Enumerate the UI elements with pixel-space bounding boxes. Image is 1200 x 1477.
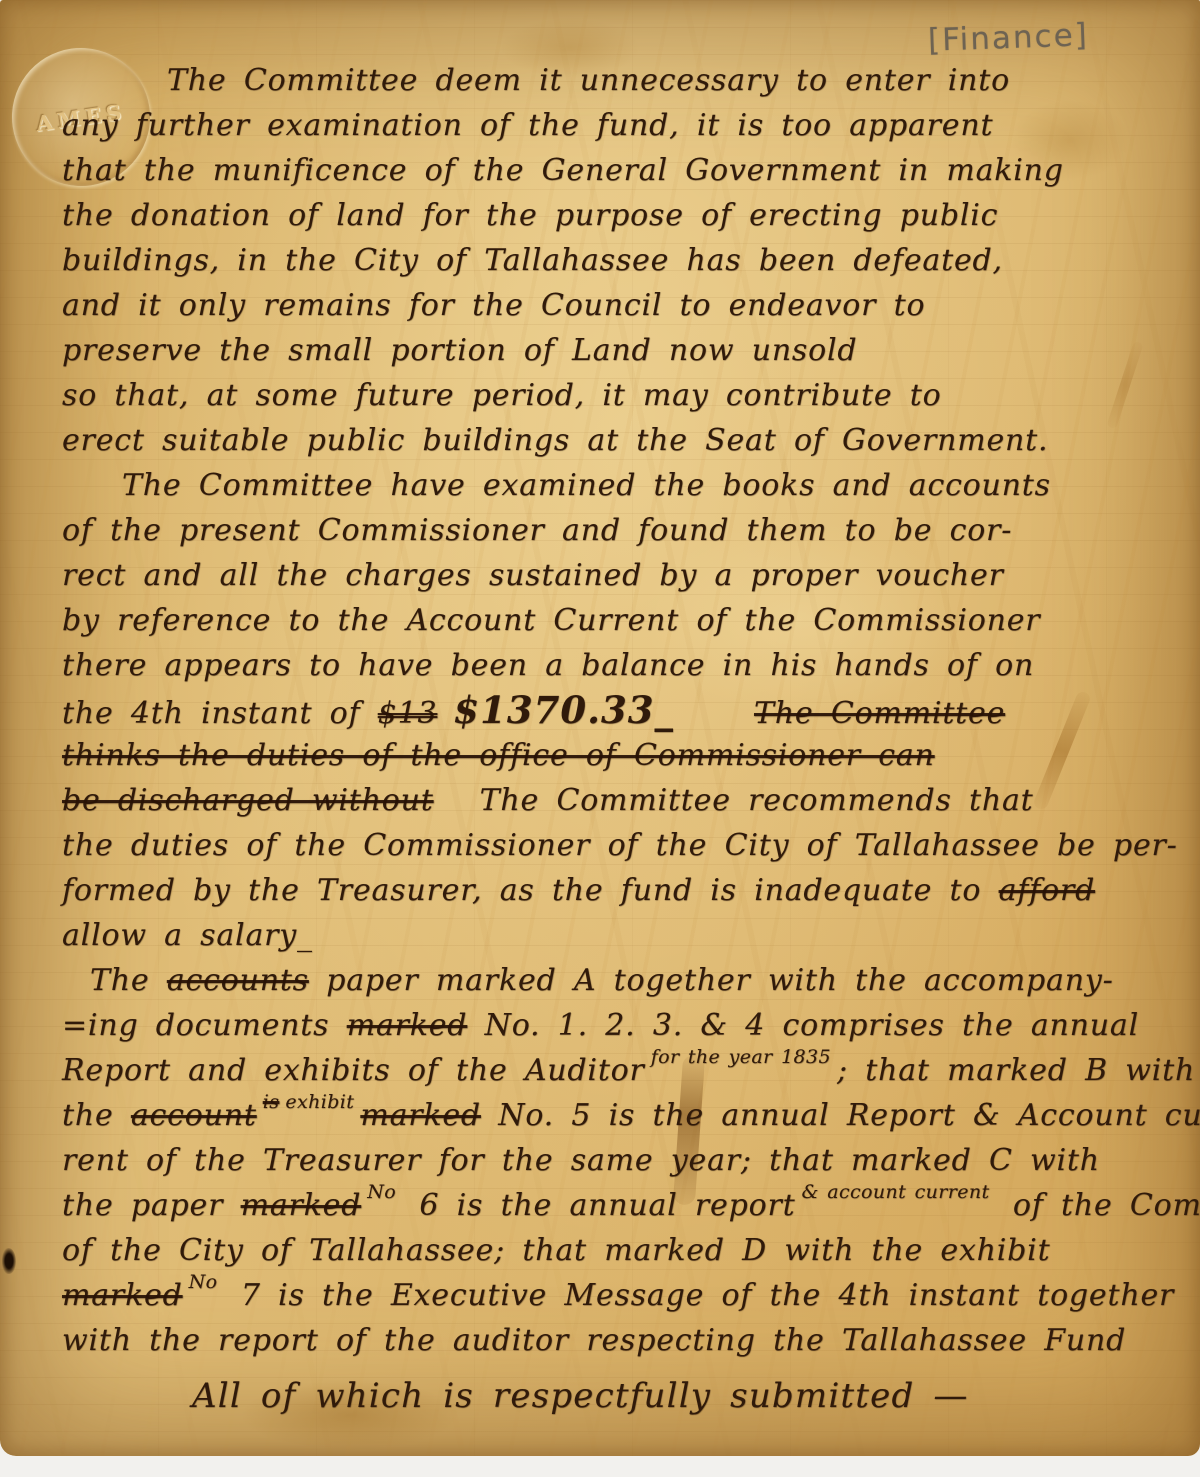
manuscript-line: formed by the Treasurer, as the fund is … [62, 868, 1162, 913]
handwritten-text: No. 1. 2. 3. & 4 comprises the annual [467, 1008, 1139, 1043]
handwritten-text: rect and all the charges sustained by a … [62, 558, 1004, 593]
struck-text: marked [360, 1098, 481, 1133]
handwritten-text: erect suitable public buildings at the S… [62, 423, 1048, 458]
handwritten-text: Report and exhibits of the Auditor [62, 1053, 645, 1088]
manuscript-line: that the munificence of the General Gove… [62, 148, 1162, 193]
scanned-manuscript-page: { "colors": { "paper_mid": "#e0bd77", "p… [0, 0, 1200, 1477]
struck-text: account [131, 1098, 257, 1133]
handwritten-text: any further examination of the fund, it … [62, 108, 993, 143]
handwritten-text: The [90, 963, 167, 998]
manuscript-line: the 4th instant of $13$1370.33_The Commi… [62, 688, 1162, 733]
handwritten-text: there appears to have been a balance in … [62, 648, 1034, 683]
manuscript-line: =ing documents marked No. 1. 2. 3. & 4 c… [62, 1003, 1162, 1048]
handwritten-text: the duties of the Commissioner of the Ci… [62, 828, 1178, 863]
handwritten-text: the 4th instant of [62, 696, 378, 731]
handwritten-text: the donation of land for the purpose of … [62, 198, 998, 233]
handwritten-text: allow a salary_ [62, 918, 313, 953]
manuscript-line: The Committee deem it unnecessary to ent… [167, 58, 1162, 103]
struck-text: be discharged without [62, 783, 434, 818]
aged-paper: AMES [Finance] The Committee deem it unn… [0, 0, 1200, 1456]
handwritten-text: The Committee recommends that [480, 783, 1034, 818]
struck-text: marked [241, 1188, 362, 1223]
manuscript-line: the accountisexhibitmarked No. 5 is the … [62, 1093, 1162, 1138]
manuscript-line: rect and all the charges sustained by a … [62, 553, 1162, 598]
manuscript-line: buildings, in the City of Tallahassee ha… [62, 238, 1162, 283]
manuscript-line: the duties of the Commissioner of the Ci… [62, 823, 1162, 868]
manuscript-line: any further examination of the fund, it … [62, 103, 1162, 148]
inserted-text: is [263, 1093, 280, 1112]
manuscript-line: The accounts paper marked A together wit… [90, 958, 1162, 1003]
struck-text: accounts [167, 963, 309, 998]
handwritten-text: preserve the small portion of Land now u… [62, 333, 857, 368]
handwritten-text: $1370.33_ [453, 688, 674, 732]
handwritten-text: the paper [62, 1188, 241, 1223]
manuscript-line: Report and exhibits of the Auditorfor th… [62, 1048, 1162, 1093]
handwritten-text: of the present Commissioner and found th… [62, 513, 1012, 548]
manuscript-line: rent of the Treasurer for the same year;… [62, 1138, 1162, 1183]
manuscript-line: erect suitable public buildings at the S… [62, 418, 1162, 463]
manuscript-line: the paper markedNo 6 is the annual repor… [62, 1183, 1162, 1228]
handwritten-text: 7 is the Executive Message of the 4th in… [224, 1278, 1175, 1313]
inserted-text: No [189, 1273, 218, 1292]
handwritten-text: The Committee have examined the books an… [122, 468, 1051, 503]
handwritten-text: 6 is the annual report [402, 1188, 795, 1223]
inserted-text: for the year 1835 [651, 1048, 831, 1067]
handwritten-text: paper marked A together with the accompa… [309, 963, 1114, 998]
handwritten-text: and it only remains for the Council to e… [62, 288, 925, 323]
manuscript-line: The Committee have examined the books an… [122, 463, 1162, 508]
manuscript-line: allow a salary_ [62, 913, 1162, 958]
manuscript-line: thinks the duties of the office of Commi… [62, 733, 1162, 778]
manuscript-line: the donation of land for the purpose of … [62, 193, 1162, 238]
manuscript-line: so that, at some future period, it may c… [62, 373, 1162, 418]
struck-text: marked [347, 1008, 468, 1043]
handwritten-text: No. 5 is the annual Report & Account cur… [481, 1098, 1200, 1133]
handwritten-text: by reference to the Account Current of t… [62, 603, 1040, 638]
inserted-text: exhibit [285, 1093, 354, 1112]
handwritten-text: All of which is respectfully submitted — [192, 1376, 969, 1416]
ink-blot [2, 1248, 16, 1274]
struck-text: The Committee [754, 696, 1005, 731]
manuscript-line: of the City of Tallahassee; that marked … [62, 1228, 1162, 1273]
manuscript-line: there appears to have been a balance in … [62, 643, 1162, 688]
handwritten-text: formed by the Treasurer, as the fund is … [62, 873, 999, 908]
handwritten-text: with the report of the auditor respectin… [62, 1323, 1126, 1358]
manuscript-line: be discharged withoutThe Committee recom… [62, 778, 1162, 823]
handwritten-text: rent of the Treasurer for the same year;… [62, 1143, 1100, 1178]
handwritten-text: of the Commissioner [996, 1188, 1200, 1223]
manuscript-line: markedNo 7 is the Executive Message of t… [62, 1273, 1162, 1318]
struck-text: thinks the duties of the office of Commi… [62, 738, 935, 773]
handwritten-text: The Committee deem it unnecessary to ent… [167, 63, 1010, 98]
handwritten-text: that the munificence of the General Gove… [62, 153, 1064, 188]
struck-text: afford [999, 873, 1096, 908]
pencil-annotation-finance: [Finance] [927, 17, 1089, 59]
inserted-text: No [367, 1183, 396, 1202]
manuscript-line: with the report of the auditor respectin… [62, 1318, 1162, 1363]
manuscript-line: of the present Commissioner and found th… [62, 508, 1162, 553]
handwritten-text: =ing documents [62, 1008, 347, 1043]
handwritten-text: so that, at some future period, it may c… [62, 378, 942, 413]
manuscript-line: by reference to the Account Current of t… [62, 598, 1162, 643]
handwritten-text: of the City of Tallahassee; that marked … [62, 1233, 1050, 1268]
manuscript-line: and it only remains for the Council to e… [62, 283, 1162, 328]
inserted-text: & account current [801, 1183, 989, 1202]
struck-text: $13 [378, 696, 438, 731]
manuscript-line: preserve the small portion of Land now u… [62, 328, 1162, 373]
handwritten-text: buildings, in the City of Tallahassee ha… [62, 243, 1003, 278]
struck-text: marked [62, 1278, 183, 1313]
handwritten-text: ; that marked B with [837, 1053, 1195, 1088]
handwritten-text: the [62, 1098, 131, 1133]
manuscript-line: All of which is respectfully submitted — [192, 1367, 1162, 1425]
manuscript: The Committee deem it unnecessary to ent… [62, 58, 1162, 1425]
